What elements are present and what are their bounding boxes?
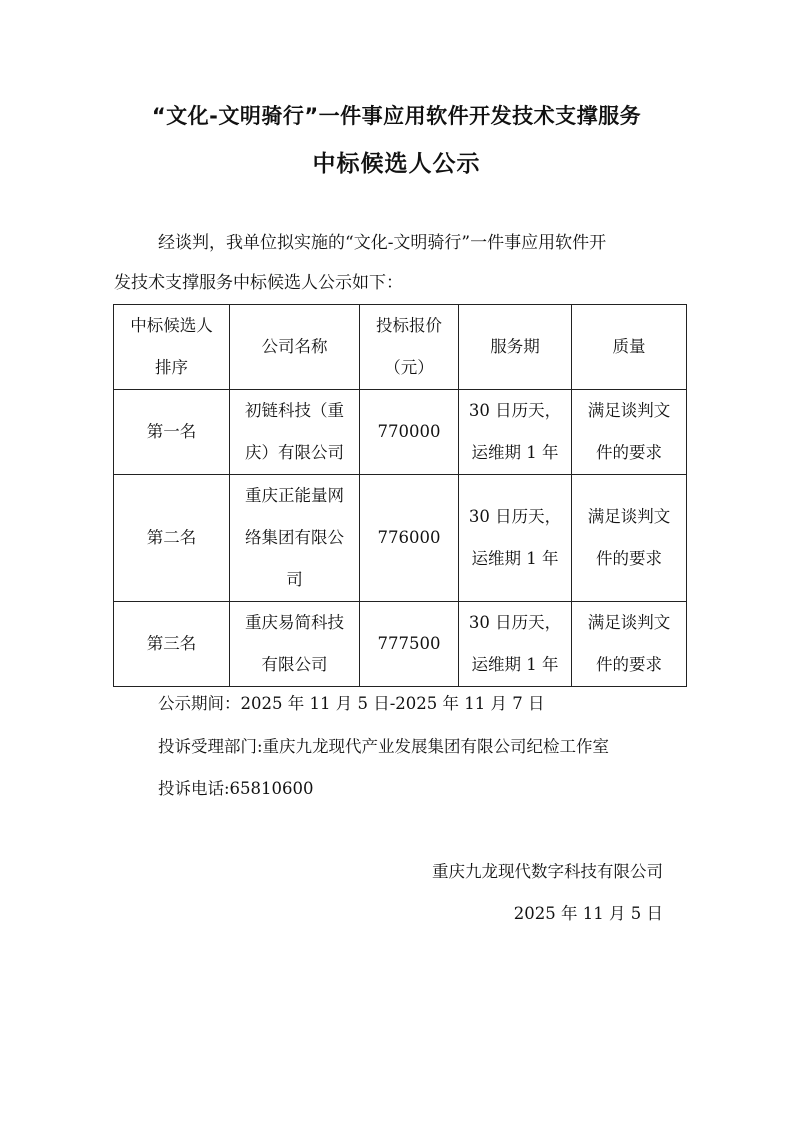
quality-line: 满足谈判文 — [576, 496, 682, 538]
intro-paragraph-line1: 经谈判，我单位拟实施的“文化-文明骑行”一件事应用软件开 — [158, 223, 718, 263]
signature-company: 重庆九龙现代数字科技有限公司 — [432, 858, 663, 882]
header-rank-line1: 中标候选人 — [118, 305, 225, 347]
rank-cell: 第三名 — [114, 602, 230, 687]
candidates-table: 中标候选人 排序 公司名称 投标报价 （元） 服务期 质量 第一名 初链科技（重… — [113, 304, 687, 687]
complaint-phone: 投诉电话:65810600 — [158, 775, 314, 799]
quality-line: 件的要求 — [576, 538, 682, 580]
quality-cell: 满足谈判文 件的要求 — [572, 475, 687, 602]
document-subtitle: 中标候选人公示 — [0, 145, 793, 178]
service-line: 30 日历天， — [463, 390, 567, 432]
header-price-line1: 投标报价 — [364, 305, 454, 347]
complaint-department: 投诉受理部门:重庆九龙现代产业发展集团有限公司纪检工作室 — [158, 733, 609, 757]
company-cell: 初链科技（重 庆）有限公司 — [230, 390, 360, 475]
table-header-row: 中标候选人 排序 公司名称 投标报价 （元） 服务期 质量 — [114, 305, 687, 390]
service-cell: 30 日历天， 运维期 1 年 — [459, 602, 572, 687]
table-row: 第二名 重庆正能量网 络集团有限公 司 776000 30 日历天， 运维期 1… — [114, 475, 687, 602]
company-line: 重庆正能量网 — [234, 475, 355, 517]
service-line: 30 日历天， — [463, 602, 567, 644]
header-company-label: 公司名称 — [234, 326, 355, 368]
document-title: “文化-文明骑行”一件事应用软件开发技术支撑服务 — [0, 100, 793, 130]
company-line: 络集团有限公 — [234, 517, 355, 559]
header-rank-line2: 排序 — [118, 347, 225, 389]
company-line: 初链科技（重 — [234, 390, 355, 432]
company-line: 庆）有限公司 — [234, 432, 355, 474]
company-cell: 重庆正能量网 络集团有限公 司 — [230, 475, 360, 602]
header-service: 服务期 — [459, 305, 572, 390]
company-line: 重庆易简科技 — [234, 602, 355, 644]
price-cell: 770000 — [360, 390, 459, 475]
company-line: 司 — [234, 559, 355, 601]
quality-line: 满足谈判文 — [576, 390, 682, 432]
intro-paragraph-line2: 发技术支撑服务中标候选人公示如下： — [114, 263, 714, 303]
header-service-label: 服务期 — [463, 326, 567, 368]
price-cell: 777500 — [360, 602, 459, 687]
table-row: 第三名 重庆易简科技 有限公司 777500 30 日历天， 运维期 1 年 满… — [114, 602, 687, 687]
price-cell: 776000 — [360, 475, 459, 602]
signature-date: 2025 年 11 月 5 日 — [514, 900, 663, 924]
service-cell: 30 日历天， 运维期 1 年 — [459, 390, 572, 475]
company-cell: 重庆易简科技 有限公司 — [230, 602, 360, 687]
service-line: 30 日历天， — [463, 496, 567, 538]
header-quality: 质量 — [572, 305, 687, 390]
table-row: 第一名 初链科技（重 庆）有限公司 770000 30 日历天， 运维期 1 年… — [114, 390, 687, 475]
header-price: 投标报价 （元） — [360, 305, 459, 390]
service-line: 运维期 1 年 — [463, 538, 567, 580]
quality-cell: 满足谈判文 件的要求 — [572, 602, 687, 687]
service-cell: 30 日历天， 运维期 1 年 — [459, 475, 572, 602]
company-line: 有限公司 — [234, 644, 355, 686]
publicity-period: 公示期间：2025 年 11 月 5 日-2025 年 11 月 7 日 — [158, 690, 545, 714]
header-price-line2: （元） — [364, 347, 454, 389]
quality-line: 件的要求 — [576, 432, 682, 474]
service-line: 运维期 1 年 — [463, 432, 567, 474]
header-quality-label: 质量 — [576, 326, 682, 368]
service-line: 运维期 1 年 — [463, 644, 567, 686]
quality-cell: 满足谈判文 件的要求 — [572, 390, 687, 475]
rank-cell: 第一名 — [114, 390, 230, 475]
quality-line: 满足谈判文 — [576, 602, 682, 644]
quality-line: 件的要求 — [576, 644, 682, 686]
header-company: 公司名称 — [230, 305, 360, 390]
rank-cell: 第二名 — [114, 475, 230, 602]
header-rank: 中标候选人 排序 — [114, 305, 230, 390]
